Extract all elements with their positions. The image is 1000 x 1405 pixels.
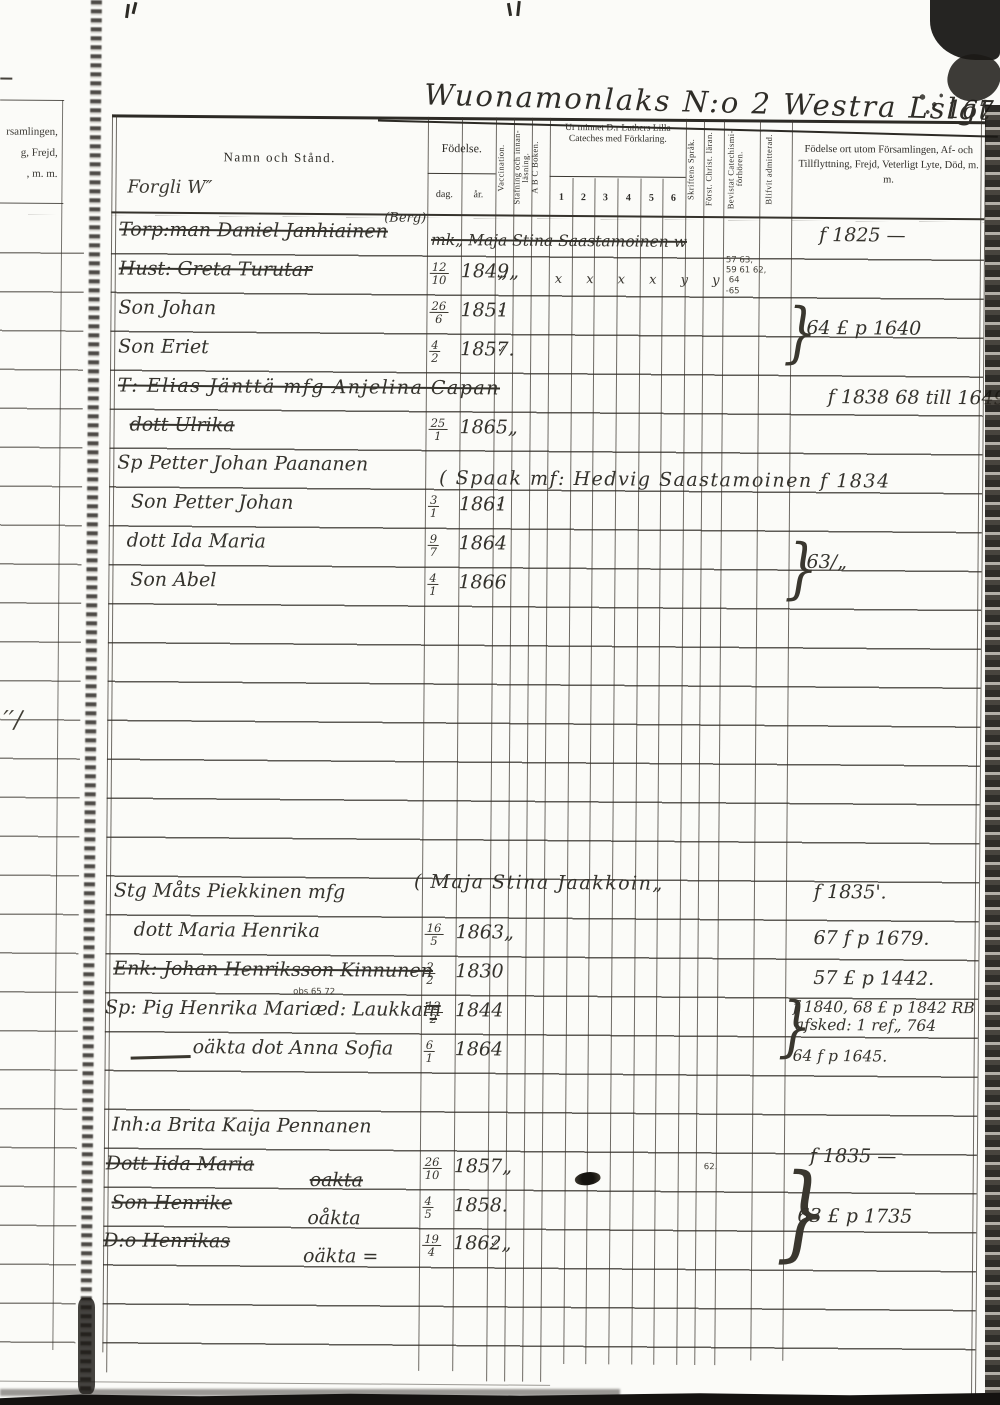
handwritten-entry: 45 <box>422 1194 434 1219</box>
handwritten-entry: 62. <box>704 1163 718 1172</box>
handwritten-entry: Sp Petter Johan Paananen <box>117 453 368 475</box>
handwritten-entry: (Berg) <box>384 209 426 229</box>
handwritten-entry: dott Ida Maria <box>127 531 266 552</box>
handwritten-entry: dott Ulrika <box>130 414 235 435</box>
handwritten-entry: 1866 <box>458 572 507 592</box>
handwritten-entry: 122 <box>424 1000 443 1025</box>
column-header-ar: år. <box>461 189 495 200</box>
handwritten-entry: 64 <box>729 276 740 285</box>
record-sheet: Namn och Stånd. Födelse. dag. år. Vaccin… <box>0 0 1000 1405</box>
handwritten-entry: 1862„ <box>453 1234 511 1254</box>
column-lines <box>1 0 1000 7</box>
handwritten-entry: 57 £ p 1442. <box>813 968 934 989</box>
handwritten-entry: 251 <box>428 416 447 441</box>
handwritten-entry: Hust: Greta Turutar <box>119 258 313 280</box>
handwritten-entry: Torp:man Daniel Janhiainen <box>119 219 388 241</box>
handwritten-entry: ✓ <box>497 300 506 320</box>
handwritten-entry: Son Petter Johan <box>131 492 294 513</box>
handwritten-entry: ✓ <box>490 1234 499 1254</box>
handwritten-entry: obs 65 72 <box>293 988 335 997</box>
handwritten-entry: 194 <box>422 1233 441 1258</box>
column-header-bevistat-catechismi: Bevistat Catechismi-förhören. <box>726 123 759 215</box>
handwritten-entry: Sp: Pig Henrika Mariæd: Laukkain <box>105 997 441 1020</box>
handwritten-entry: 57 63, <box>726 256 753 265</box>
handwritten-entry: Son Henrike <box>111 1192 232 1213</box>
handwritten-entry: 1863„ <box>456 922 514 942</box>
handwritten-entry: Stg Måts Piekkinen mfg <box>114 881 345 903</box>
handwritten-entry: 165 <box>425 922 444 947</box>
handwritten-entry: oäkta dot Anna Sofia <box>193 1037 394 1059</box>
handwritten-entry: 41 <box>427 572 439 597</box>
handwritten-entry: 1857. <box>460 339 515 359</box>
column-header-dag: dag. <box>427 189 461 200</box>
handwritten-entry: Dott Iida Maria <box>106 1153 255 1174</box>
column-header-fodelseort: Födelse ort utom Församlingen, Af- och T… <box>795 142 981 188</box>
column-header-fodelse: Födelse. <box>428 141 496 157</box>
handwritten-entry: T: Elias Jänttä mfg Anjelina Capan <box>118 375 500 398</box>
handwritten-entry: Son Eriet <box>118 336 209 357</box>
handwritten-entry: 63 £ p 1735 <box>797 1206 912 1227</box>
handwritten-entry: afsked: 1 ref„ 764 <box>795 1015 936 1036</box>
handwritten-entry: oåkta <box>307 1208 360 1228</box>
column-header-stafning: Stafning och innan-läsning. <box>512 122 531 214</box>
handwritten-entry: 59 61 62, <box>726 266 767 275</box>
handwritten-entry: oäkta = <box>303 1246 378 1267</box>
handwritten-entry: mk„ Maja Stina Saastamoinen w <box>431 230 687 252</box>
handwritten-entry: Inh:a Brita Kaija Pennanen <box>112 1114 372 1136</box>
column-header-abc-boken: A B C Boken. <box>530 122 549 214</box>
handwritten-entry: 61 <box>424 1039 436 1064</box>
urminnet-col-3: 3 <box>594 192 616 203</box>
handwritten-entry: 1830 <box>455 961 504 981</box>
handwritten-entry: 64 f p 1645. <box>793 1046 888 1067</box>
handwritten-entry: ✓ <box>497 339 506 359</box>
handwritten-entry: ( Spaak mf: Hedvig Saastamoinen f 1834 <box>439 468 891 492</box>
urminnet-col-1: 1 <box>550 192 572 203</box>
urminnet-col-5: 5 <box>640 193 662 204</box>
handwritten-entry: 1844 <box>455 1000 504 1020</box>
handwritten-entry: 42 <box>429 339 441 364</box>
handwritten-entries-layer: Torp:man Daniel Janhiainen(Berg)mk„ Maja… <box>1 0 1000 7</box>
ink-speckles <box>914 88 948 118</box>
handwritten-entry: f 1835'. <box>814 882 887 903</box>
handwritten-entry: 266 <box>429 300 448 325</box>
handwritten-entry: 22 <box>424 961 436 986</box>
handwritten-entry: 2610 <box>423 1155 442 1180</box>
handwritten-entry: 1865„ <box>460 417 518 437</box>
handwritten-entry: ✓ <box>496 495 505 515</box>
handwritten-entry: f 1838 68 till 1649 <box>828 387 1000 408</box>
column-header-skriftens-sprak: Skriftens Språk. <box>686 123 703 215</box>
handwritten-entry: ( Maja Stina Jaakkoin„ <box>414 872 664 894</box>
handwritten-entry: 1849„ <box>461 261 519 281</box>
handwritten-entry: 1210 <box>430 261 449 286</box>
handwritten-entry: 63/„ <box>806 552 847 572</box>
handwritten-entry: 1864 <box>455 1039 504 1059</box>
handwritten-entry: 1857„ <box>454 1156 512 1176</box>
handwritten-entry: Enk: Johan Henriksson Kinnunen <box>113 959 433 982</box>
handwritten-entry: D:o Henrikas <box>103 1231 230 1252</box>
urminnet-col-6: 6 <box>662 193 684 204</box>
handwritten-entry: dott Maria Henrika <box>134 920 320 941</box>
handwritten-entry: Son Abel <box>130 570 216 591</box>
handwritten-entry: -65 <box>726 287 740 296</box>
handwritten-entry: ′′/ <box>3 710 22 730</box>
scanned-page: rsamlingen, g, Frejd, , m. m. Namn och S… <box>0 0 1000 1405</box>
handwritten-entry: x x x x y y <box>555 270 730 291</box>
urminnet-col-4: 4 <box>617 192 639 203</box>
handwritten-entry: f 1825 — <box>819 225 906 246</box>
handwritten-entry: 64 £ p 1640 <box>806 318 921 339</box>
page-tilt-wrapper: rsamlingen, g, Frejd, , m. m. Namn och S… <box>0 0 1000 1405</box>
urminnet-col-2: 2 <box>572 192 594 203</box>
column-header-forst-christ-laran: Först. Christ. läran. <box>704 123 723 215</box>
handwritten-entry: 67 f p 1679. <box>814 928 930 949</box>
ink-stain-bottom-left <box>78 1298 95 1394</box>
column-header-name: Namn och Stånd. <box>150 149 410 167</box>
handwritten-entry: „ <box>498 261 508 281</box>
handwritten-entry: 31 <box>428 494 440 519</box>
handwritten-entry: 1858. <box>453 1195 508 1215</box>
handwritten-entry: oakta <box>310 1170 363 1190</box>
handwritten-entry: Son Johan <box>118 297 216 318</box>
handwritten-header-note: Forgli W″ <box>127 177 212 199</box>
column-header-blifvit-admitterad: Blifvit admitterad. <box>764 124 791 216</box>
right-page-edge-shadow <box>985 105 1000 1405</box>
handwritten-entry: 97 <box>428 533 440 558</box>
handwritten-entry: 1864 <box>459 533 508 553</box>
